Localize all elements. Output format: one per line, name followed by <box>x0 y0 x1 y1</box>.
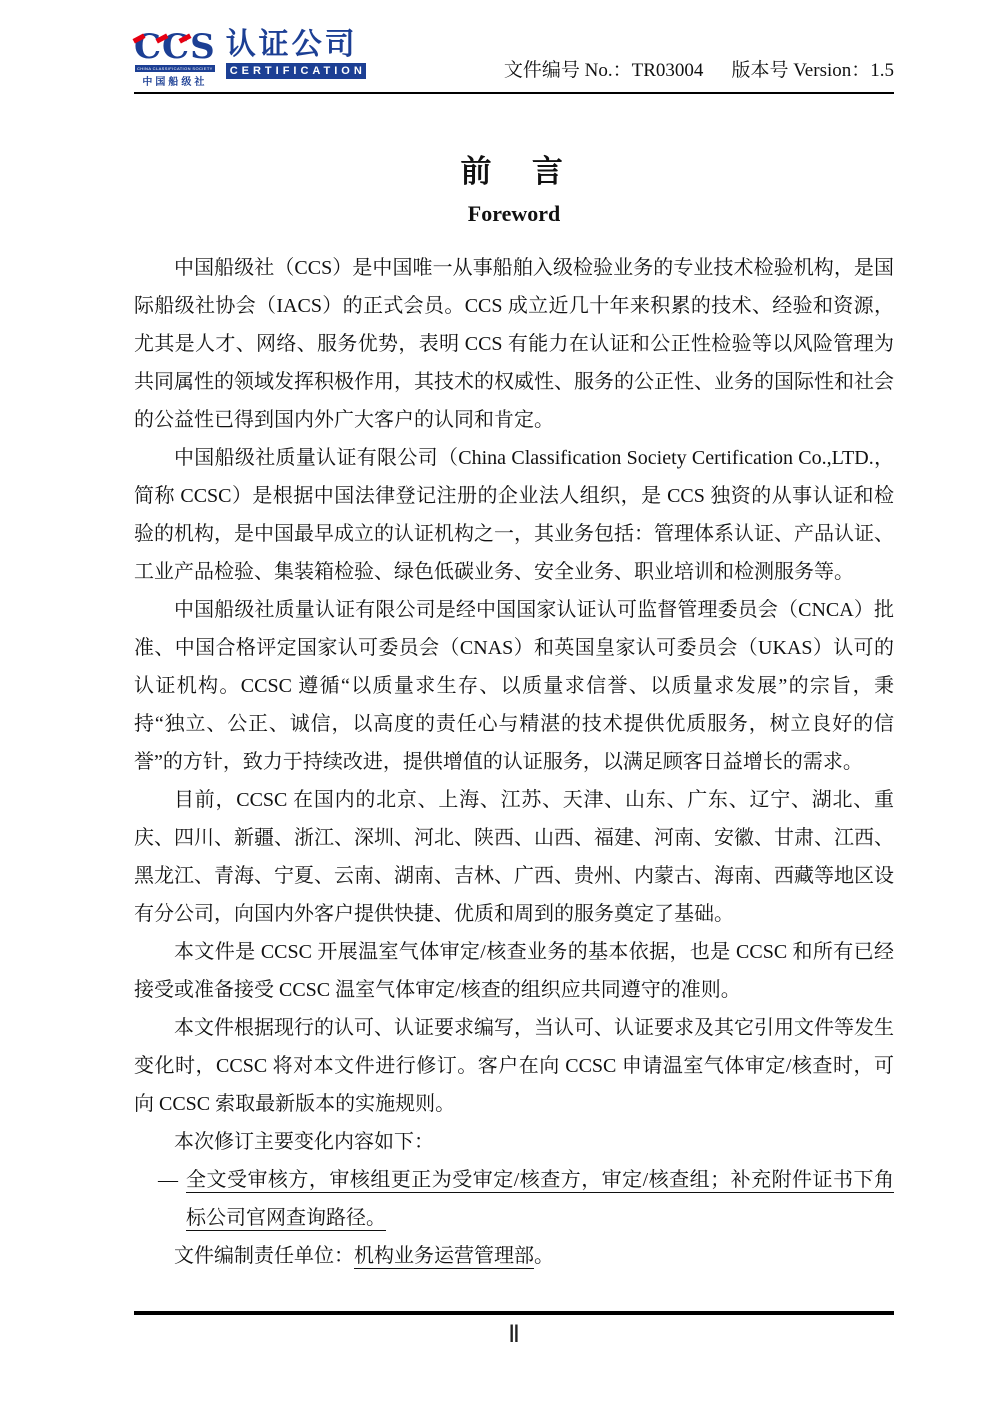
responsible-period: 。 <box>534 1245 554 1267</box>
doc-version: 版本号 Version：1.5 <box>731 60 894 81</box>
page-title-cn: 前 言 <box>134 146 894 191</box>
page-number: Ⅱ <box>134 1320 894 1349</box>
logo-company-name: 认证公司 <box>226 30 366 60</box>
doc-number: 文件编号 No.：TR03004 <box>504 60 704 81</box>
ccs-logo-right: 认证公司 CERTIFICATION <box>226 30 366 79</box>
society-cn-label: 中国船级社 <box>142 73 207 88</box>
paragraph: 本文件是 CCSC 开展温室气体审定/核查业务的基本依据，也是 CCSC 和所有… <box>134 933 894 1009</box>
revision-intro: 本次修订主要变化内容如下： <box>134 1123 894 1161</box>
ccs-logo-left: CCS CHINA CLASSIFICATION SOCIETY 中国船级社 <box>134 30 216 88</box>
revision-bullet-item: — 全文受审核方，审核组更正为受审定/核查方，审定/核查组；补充附件证书下角标公… <box>134 1161 894 1237</box>
document-meta: 文件编号 No.：TR03004版本号 Version：1.5 <box>504 55 894 88</box>
document-body: 中国船级社（CCS）是中国唯一从事船舶入级检验业务的专业技术检验机构，是国际船级… <box>134 249 894 1275</box>
responsible-label: 文件编制责任单位： <box>174 1245 354 1267</box>
paragraph: 中国船级社质量认证有限公司是经中国国家认证认可监督管理委员会（CNCA）批准、中… <box>134 591 894 781</box>
ccs-letters-wrap: CCS <box>134 30 216 64</box>
paragraph: 中国船级社（CCS）是中国唯一从事船舶入级检验业务的专业技术检验机构，是国际船级… <box>134 249 894 439</box>
paragraph: 本文件根据现行的认可、认证要求编写，当认可、认证要求及其它引用文件等发生变化时，… <box>134 1009 894 1123</box>
certification-banner: CERTIFICATION <box>226 63 366 79</box>
document-page: CCS CHINA CLASSIFICATION SOCIETY 中国船级社 认… <box>134 0 894 1275</box>
responsible-unit-line: 文件编制责任单位：机构业务运营管理部。 <box>134 1237 894 1275</box>
footer-divider <box>134 1311 894 1315</box>
page-header: CCS CHINA CLASSIFICATION SOCIETY 中国船级社 认… <box>134 0 894 94</box>
page-title-en: Foreword <box>134 201 894 227</box>
paragraph: 中国船级社质量认证有限公司（China Classification Socie… <box>134 439 894 591</box>
bullet-dash: — <box>158 1161 178 1199</box>
paragraph: 目前，CCSC 在国内的北京、上海、江苏、天津、山东、广东、辽宁、湖北、重庆、四… <box>134 781 894 933</box>
revision-bullet-text: 全文受审核方，审核组更正为受审定/核查方，审定/核查组；补充附件证书下角标公司官… <box>186 1169 894 1229</box>
ccs-logo: CCS CHINA CLASSIFICATION SOCIETY 中国船级社 认… <box>134 24 366 88</box>
ccs-logo-text: CCS <box>134 27 216 67</box>
responsible-value: 机构业务运营管理部 <box>354 1245 534 1267</box>
